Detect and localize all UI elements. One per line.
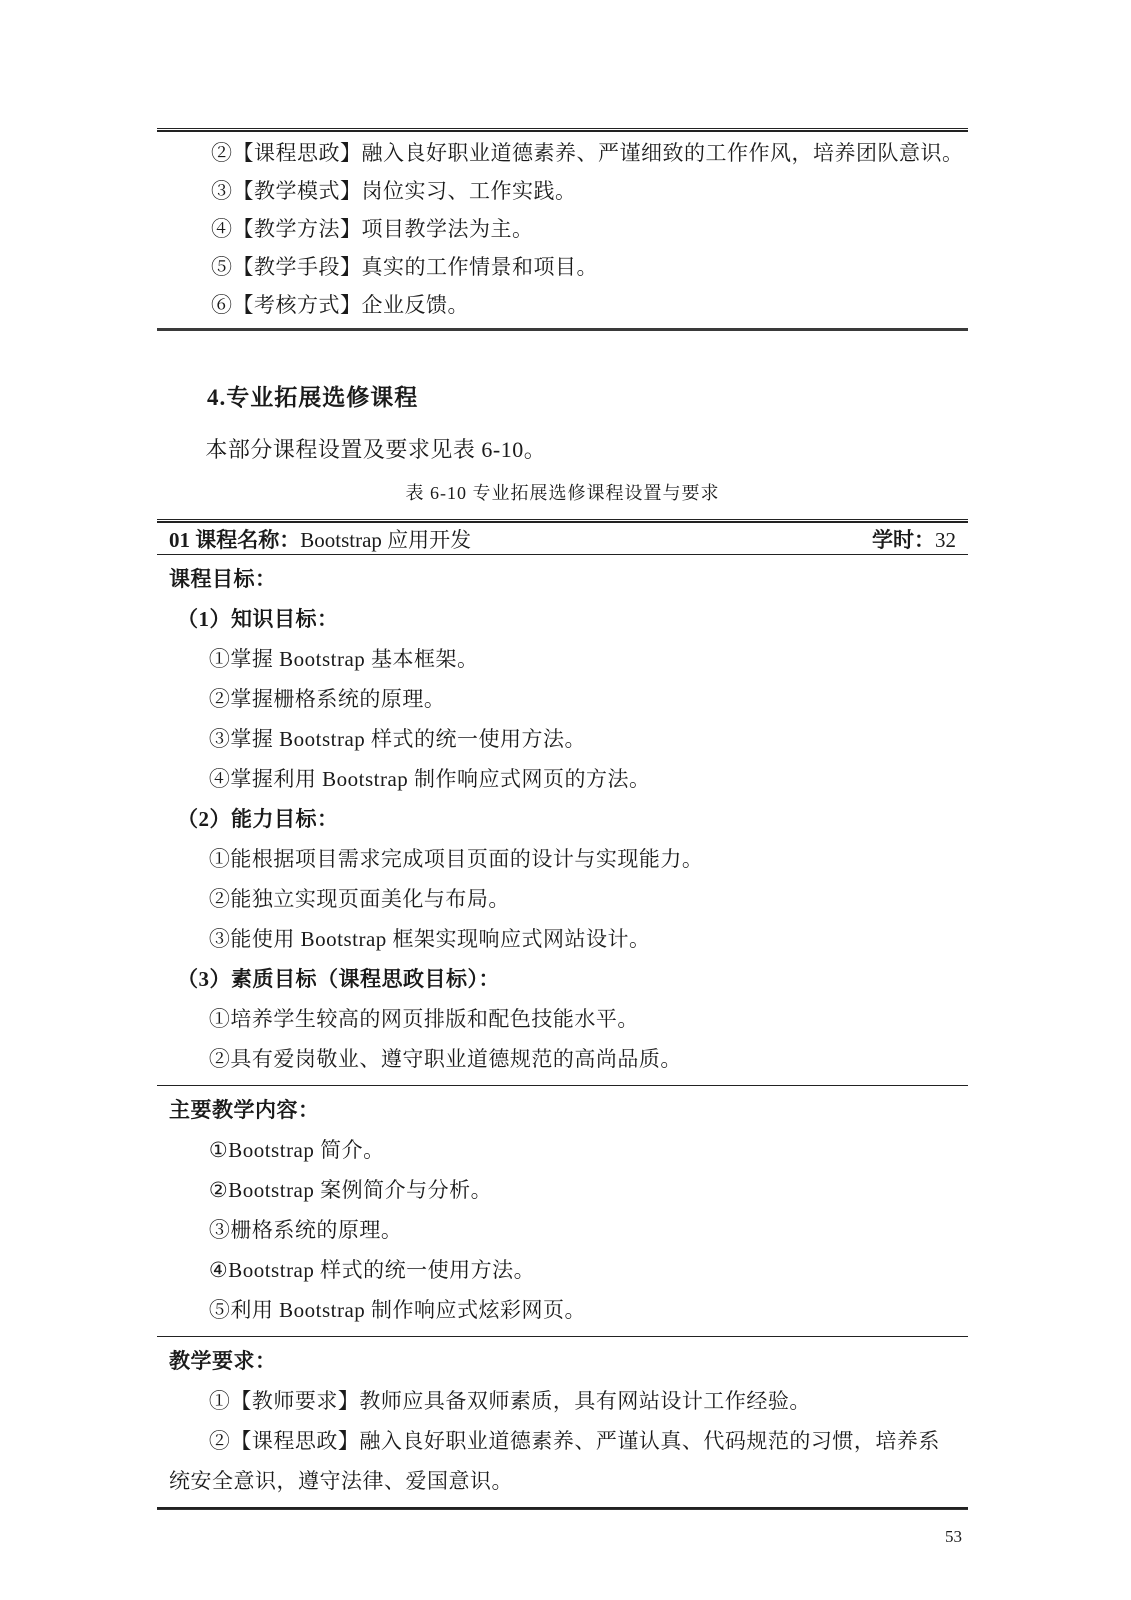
document-page: ②【课程思政】融入良好职业道德素养、严谨细致的工作作风，培养团队意识。 ③【教学… (0, 0, 1131, 1600)
course-name-cell: 01 课程名称：Bootstrap 应用开发 (169, 525, 471, 555)
table-caption: 表 6-10 专业拓展选修课程设置与要求 (157, 481, 968, 505)
hours-value: 32 (935, 528, 956, 552)
objective-group-label: （2）能力目标： (169, 799, 956, 839)
objective-item: ②具有爱岗敬业、遵守职业道德规范的高尚品质。 (169, 1039, 956, 1079)
teaching-content-title: 主要教学内容： (169, 1090, 956, 1130)
objective-item: ②掌握栅格系统的原理。 (169, 679, 956, 719)
teaching-content-cell: 主要教学内容： ①Bootstrap 简介。 ②Bootstrap 案例简介与分… (157, 1086, 968, 1336)
teaching-content-item: ④Bootstrap 样式的统一使用方法。 (169, 1250, 956, 1290)
teaching-requirements-title: 教学要求： (169, 1341, 956, 1381)
teaching-requirements-cell: 教学要求： ①【教师要求】教师应具备双师素质，具有网站设计工作经验。 ②【课程思… (157, 1337, 968, 1507)
objective-item: ①培养学生较高的网页排版和配色技能水平。 (169, 999, 956, 1039)
objective-item: ④掌握利用 Bootstrap 制作响应式网页的方法。 (169, 759, 956, 799)
objective-item: ②能独立实现页面美化与布局。 (169, 879, 956, 919)
continuation-row: ⑥【考核方式】企业反馈。 (169, 286, 956, 324)
continuation-row: ②【课程思政】融入良好职业道德素养、严谨细致的工作作风，培养团队意识。 (169, 134, 956, 172)
section-intro-paragraph: 本部分课程设置及要求见表 6-10。 (157, 435, 968, 465)
objective-item: ①能根据项目需求完成项目页面的设计与实现能力。 (169, 839, 956, 879)
course-no-label: 01 课程名称： (169, 528, 300, 552)
teaching-content-item: ③栅格系统的原理。 (169, 1210, 956, 1250)
objective-group-label: （3）素质目标（课程思政目标）： (169, 959, 956, 999)
table-bottom-double-rule (157, 1507, 968, 1510)
teaching-requirement-item: ②【课程思政】融入良好职业道德素养、严谨认真、代码规范的习惯，培养系统安全意识，… (169, 1421, 956, 1501)
course-name-value: Bootstrap 应用开发 (300, 528, 471, 552)
continuation-row: ③【教学模式】岗位实习、工作实践。 (169, 172, 956, 210)
page-content: ②【课程思政】融入良好职业道德素养、严谨细致的工作作风，培养团队意识。 ③【教学… (157, 0, 968, 1548)
objectives-title: 课程目标： (169, 559, 956, 599)
teaching-requirement-item: ①【教师要求】教师应具备双师素质，具有网站设计工作经验。 (169, 1381, 956, 1421)
continuation-cell: ②【课程思政】融入良好职业道德素养、严谨细致的工作作风，培养团队意识。 ③【教学… (157, 132, 968, 328)
teaching-content-item: ①Bootstrap 简介。 (169, 1130, 956, 1170)
course-objectives-cell: 课程目标： （1）知识目标： ①掌握 Bootstrap 基本框架。 ②掌握栅格… (157, 555, 968, 1085)
section-heading: 4.专业拓展选修课程 (207, 383, 968, 413)
hours-label: 学时： (872, 528, 935, 552)
previous-course-table-continuation: ②【课程思政】融入良好职业道德素养、严谨细致的工作作风，培养团队意识。 ③【教学… (157, 128, 968, 331)
course-hours-cell: 学时：32 (872, 525, 956, 555)
table-bottom-thick-rule (157, 328, 968, 331)
page-number: 53 (157, 1526, 968, 1548)
course-table-header-row: 01 课程名称：Bootstrap 应用开发 学时：32 (157, 523, 968, 554)
continuation-row: ⑤【教学手段】真实的工作情景和项目。 (169, 248, 956, 286)
objective-group-label: （1）知识目标： (169, 599, 956, 639)
objective-item: ③能使用 Bootstrap 框架实现响应式网站设计。 (169, 919, 956, 959)
course-table-6-10: 01 课程名称：Bootstrap 应用开发 学时：32 课程目标： （1）知识… (157, 519, 968, 1510)
teaching-content-item: ②Bootstrap 案例简介与分析。 (169, 1170, 956, 1210)
objective-item: ③掌握 Bootstrap 样式的统一使用方法。 (169, 719, 956, 759)
continuation-row: ④【教学方法】项目教学法为主。 (169, 210, 956, 248)
teaching-content-item: ⑤利用 Bootstrap 制作响应式炫彩网页。 (169, 1290, 956, 1330)
objective-item: ①掌握 Bootstrap 基本框架。 (169, 639, 956, 679)
